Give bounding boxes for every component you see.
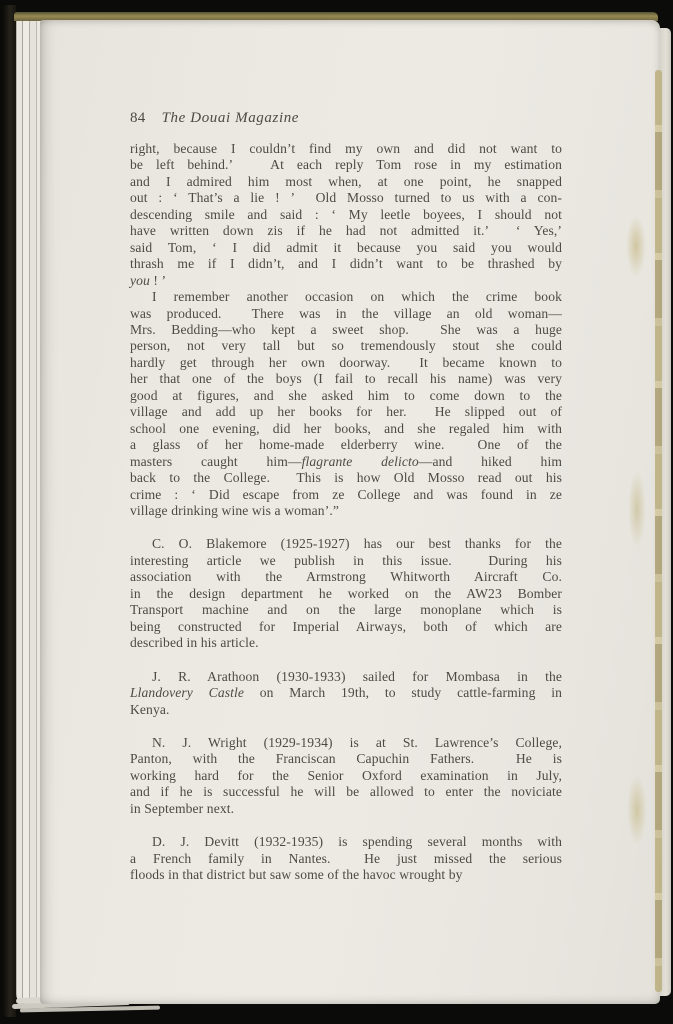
text-line: I remember another occasion on which the… — [130, 289, 562, 305]
text-segment: village drinking wine wis a woman’.” — [130, 503, 339, 518]
text-segment: person, not very tall but so tremendousl… — [130, 338, 562, 353]
text-line: and if he is successful he will be allow… — [130, 784, 562, 800]
text-segment: school one evening, did her books, and s… — [130, 421, 562, 436]
text-segment: hardly get through her own doorway. It b… — [130, 355, 562, 370]
magazine-title: The Douai Magazine — [162, 110, 299, 126]
text-segment: right, because I couldn’t find my own an… — [130, 141, 562, 156]
text-line: back to the College. This is how Old Mos… — [130, 470, 562, 486]
text-segment: a glass of her home-made elderberry wine… — [130, 437, 562, 452]
text-line: described in his article. — [130, 635, 562, 651]
paragraph: D. J. Devitt (1932-1935) is spending sev… — [130, 834, 562, 883]
text-line: being constructed for Imperial Airways, … — [130, 619, 562, 635]
text-line: have written down zis if he had not admi… — [130, 223, 562, 239]
text-segment: her that one of the boys (I fail to reca… — [130, 371, 562, 386]
text-line: crime : ‘ Did escape from ze College and… — [130, 487, 562, 503]
text-segment: ! ’ — [150, 273, 166, 288]
text-segment: and I admired him most when, at one poin… — [130, 174, 562, 189]
text-line: be left behind.’ At each reply Tom rose … — [130, 157, 562, 173]
text-line: descending smile and said : ‘ My leetle … — [130, 207, 562, 223]
text-line: D. J. Devitt (1932-1935) is spending sev… — [130, 834, 562, 850]
text-line: village and add up her books for her. He… — [130, 404, 562, 420]
text-segment: and if he is successful he will be allow… — [130, 784, 562, 799]
text-line: thrash me if I didn’t, and I didn’t want… — [130, 256, 562, 272]
text-line: right, because I couldn’t find my own an… — [130, 141, 562, 157]
text-line: J. R. Arathoon (1930-1933) sailed for Mo… — [130, 669, 562, 685]
text-segment: working hard for the Senior Oxford exami… — [130, 768, 562, 783]
text-line: C. O. Blakemore (1925-1927) has our best… — [130, 536, 562, 552]
text-segment: out : ‘ That’s a lie ! ’ Old Mosso turne… — [130, 190, 562, 205]
paragraph: J. R. Arathoon (1930-1933) sailed for Mo… — [130, 669, 562, 718]
text-segment: on March 19th, to study cattle-farming i… — [244, 685, 562, 700]
text-line: Kenya. — [130, 702, 562, 718]
text-line: N. J. Wright (1929-1934) is at St. Lawre… — [130, 735, 562, 751]
page-content: 84The Douai Magazine right, because I co… — [130, 110, 562, 884]
text-segment: was produced. There was in the village a… — [130, 306, 562, 321]
text-segment: in the design department he worked on th… — [130, 586, 562, 601]
paragraph: N. J. Wright (1929-1934) is at St. Lawre… — [130, 735, 562, 817]
text-column: right, because I couldn’t find my own an… — [130, 141, 562, 884]
text-line: a glass of her home-made elderberry wine… — [130, 437, 562, 453]
text-line: Panton, with the Franciscan Capuchin Fat… — [130, 751, 562, 767]
text-segment: association with the Armstrong Whitworth… — [130, 569, 562, 584]
running-header: 84The Douai Magazine — [130, 110, 562, 127]
text-segment: said Tom, ‘ I did admit it because you s… — [130, 240, 562, 255]
text-line: you ! ’ — [130, 273, 562, 289]
text-line: in the design department he worked on th… — [130, 586, 562, 602]
book-cover-edge — [3, 5, 16, 1017]
text-segment: —and hiked him — [419, 454, 562, 469]
text-line: Mrs. Bedding—who kept a sweet shop. She … — [130, 322, 562, 338]
page-number: 84 — [130, 110, 146, 126]
text-segment: flagrante delicto — [302, 454, 419, 469]
text-segment: Llandovery Castle — [130, 685, 244, 700]
text-segment: masters caught him— — [130, 454, 302, 469]
text-line: and I admired him most when, at one poin… — [130, 174, 562, 190]
text-segment: being constructed for Imperial Airways, … — [130, 619, 562, 634]
text-segment: described in his article. — [130, 635, 259, 650]
text-segment: Transport machine and on the large monop… — [130, 602, 562, 617]
text-segment: back to the College. This is how Old Mos… — [130, 470, 562, 485]
text-segment: you — [130, 273, 150, 288]
text-segment: have written down zis if he had not admi… — [130, 223, 562, 238]
text-line: village drinking wine wis a woman’.” — [130, 503, 562, 519]
text-segment: village and add up her books for her. He… — [130, 404, 562, 419]
paragraph: right, because I couldn’t find my own an… — [130, 141, 562, 289]
text-segment: Kenya. — [130, 702, 169, 717]
text-line: hardly get through her own doorway. It b… — [130, 355, 562, 371]
paragraph: I remember another occasion on which the… — [130, 289, 562, 519]
text-segment: thrash me if I didn’t, and I didn’t want… — [130, 256, 562, 271]
text-segment: Panton, with the Franciscan Capuchin Fat… — [130, 751, 562, 766]
text-segment: C. O. Blakemore (1925-1927) has our best… — [152, 536, 562, 551]
text-line: Llandovery Castle on March 19th, to stud… — [130, 685, 562, 701]
text-line: Transport machine and on the large monop… — [130, 602, 562, 618]
text-segment: descending smile and said : ‘ My leetle … — [130, 207, 562, 222]
text-line: interesting article we publish in this i… — [130, 553, 562, 569]
text-segment: I remember another occasion on which the… — [152, 289, 562, 304]
text-segment: Mrs. Bedding—who kept a sweet shop. She … — [130, 322, 562, 337]
text-segment: J. R. Arathoon (1930-1933) sailed for Mo… — [152, 669, 562, 684]
text-line: person, not very tall but so tremendousl… — [130, 338, 562, 354]
paragraph: C. O. Blakemore (1925-1927) has our best… — [130, 536, 562, 651]
text-line: in September next. — [130, 801, 562, 817]
text-line: good at figures, and she asked him to co… — [130, 388, 562, 404]
text-line: said Tom, ‘ I did admit it because you s… — [130, 240, 562, 256]
text-line: her that one of the boys (I fail to reca… — [130, 371, 562, 387]
text-segment: crime : ‘ Did escape from ze College and… — [130, 487, 562, 502]
text-segment: floods in that district but saw some of … — [130, 867, 463, 882]
text-line: was produced. There was in the village a… — [130, 306, 562, 322]
text-segment: D. J. Devitt (1932-1935) is spending sev… — [152, 834, 562, 849]
page: 84The Douai Magazine right, because I co… — [40, 20, 660, 1004]
text-line: a French family in Nantes. He just misse… — [130, 851, 562, 867]
text-segment: interesting article we publish in this i… — [130, 553, 562, 568]
text-line: working hard for the Senior Oxford exami… — [130, 768, 562, 784]
deckle-stripe — [655, 70, 662, 992]
text-line: out : ‘ That’s a lie ! ’ Old Mosso turne… — [130, 190, 562, 206]
text-line: association with the Armstrong Whitworth… — [130, 569, 562, 585]
text-line: floods in that district but saw some of … — [130, 867, 562, 883]
text-segment: N. J. Wright (1929-1934) is at St. Lawre… — [152, 735, 562, 750]
page-stack-edges — [16, 14, 42, 1004]
scanned-book-photo: { "colors": { "background": "#0b0b09", "… — [0, 0, 673, 1024]
text-segment: good at figures, and she asked him to co… — [130, 388, 562, 403]
text-segment: be left behind.’ At each reply Tom rose … — [130, 157, 562, 172]
text-segment: in September next. — [130, 801, 234, 816]
text-line: masters caught him—flagrante delicto—and… — [130, 454, 562, 470]
text-segment: a French family in Nantes. He just misse… — [130, 851, 562, 866]
text-line: school one evening, did her books, and s… — [130, 421, 562, 437]
